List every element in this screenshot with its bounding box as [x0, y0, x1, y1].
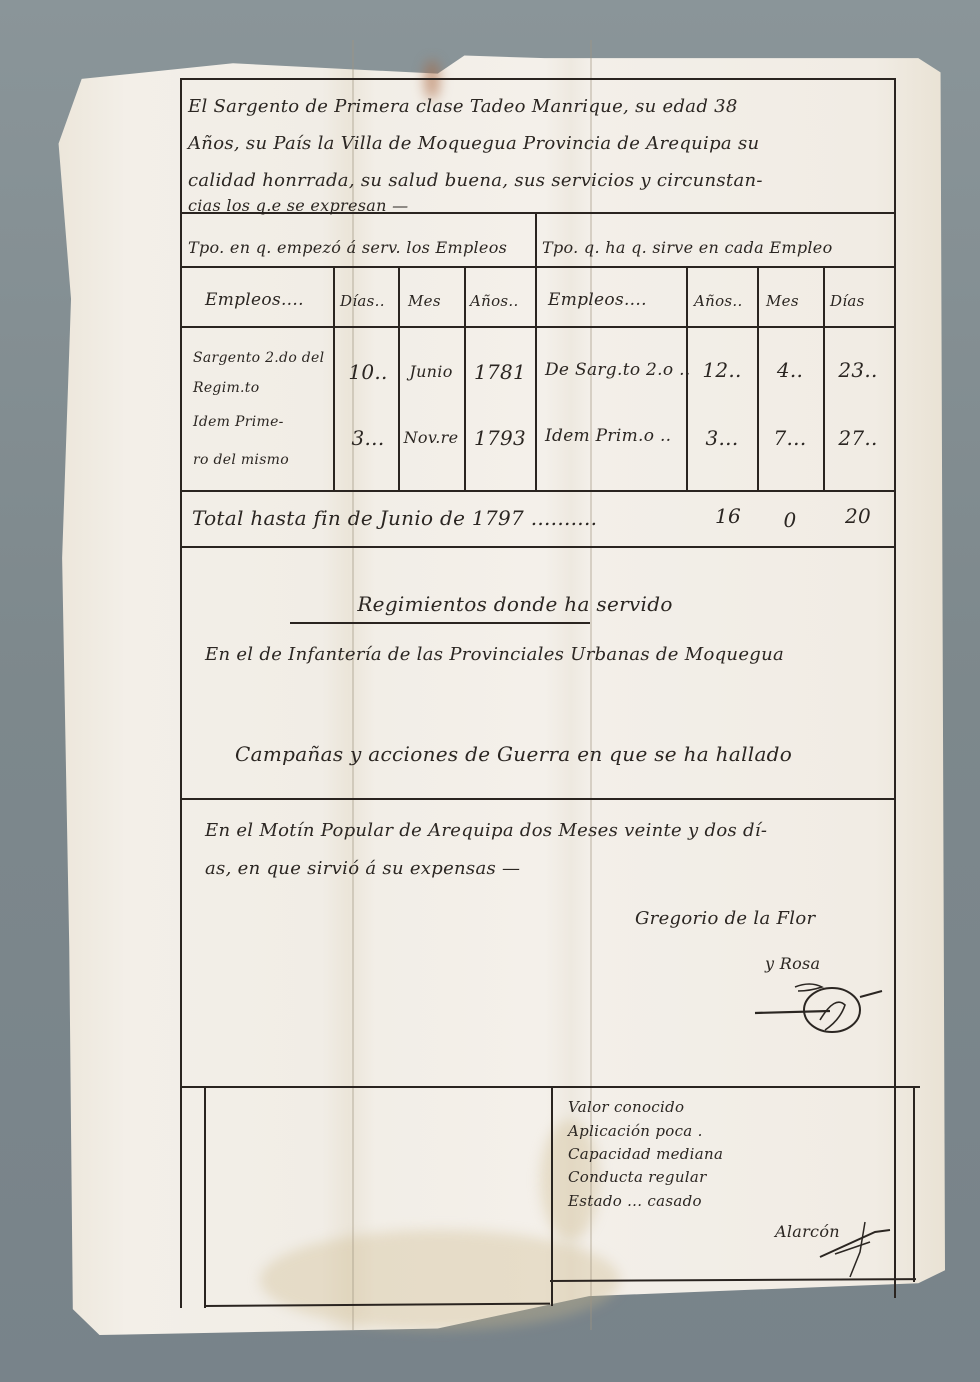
signature-gregorio-line2: y Rosa: [765, 954, 820, 973]
cell-mes: Junio: [409, 362, 452, 381]
cell-dias-right: 23..: [838, 358, 877, 382]
col-header-anios-left: Años..: [470, 292, 519, 310]
campanas-line-1: En el Motín Popular de Arequipa dos Mese…: [205, 820, 767, 841]
rubric-flourish-icon: [750, 975, 885, 1040]
note-capacidad: Capacidad mediana: [568, 1145, 723, 1163]
col-divider: [757, 266, 759, 490]
campanas-line-2: as, en que sirvió á su expensas —: [205, 858, 520, 879]
intro-line-1: El Sargento de Primera clase Tadeo Manri…: [188, 96, 738, 117]
col-divider: [464, 266, 466, 490]
cell-empleo-right: De Sarg.to 2.o ..: [545, 360, 691, 380]
rubric-flourish-icon: [815, 1212, 895, 1282]
cell-empleo-right: Idem Prim.o ..: [545, 426, 671, 446]
cell-empleo-line: Regim.to: [193, 380, 259, 396]
note-estado: Estado ... casado: [568, 1192, 702, 1210]
cell-anos: 12..: [702, 358, 741, 382]
cell-mes: Nov.re: [404, 428, 459, 447]
cell-anio: 1781: [474, 360, 526, 384]
col-header-empleos-right: Empleos....: [548, 290, 647, 310]
note-valor: Valor conocido: [568, 1098, 684, 1116]
half-divider: [535, 212, 537, 490]
paper-fold: [352, 40, 354, 1330]
intro-line-3: calidad honrrada, su salud buena, sus se…: [188, 170, 763, 191]
intro-line-2: Años, su País la Villa de Moquegua Provi…: [188, 133, 759, 154]
table-left-border: [180, 78, 182, 1308]
row-divider: [180, 266, 896, 268]
cell-dias: 10..: [348, 360, 387, 384]
time-header-right: Tpo. q. ha q. sirve en cada Empleo: [542, 238, 833, 257]
cell-dias: 3...: [352, 426, 385, 450]
cell-meses: 7...: [774, 426, 807, 450]
col-header-anos-right: Años..: [694, 292, 743, 310]
col-header-empleos-left: Empleos....: [205, 290, 304, 310]
cell-meses: 4..: [777, 358, 803, 382]
note-aplicacion: Aplicación poca .: [568, 1122, 703, 1140]
cell-anio: 1793: [474, 426, 526, 450]
rust-stain: [424, 60, 440, 100]
total-meses: 0: [783, 508, 796, 532]
row-divider: [180, 798, 896, 800]
row-divider: [180, 326, 896, 328]
cell-anos: 3...: [706, 426, 739, 450]
signature-gregorio: Gregorio de la Flor: [635, 908, 815, 929]
row-divider: [180, 212, 896, 214]
row-divider: [180, 1086, 920, 1088]
row-divider: [180, 490, 896, 492]
note-conducta: Conducta regular: [568, 1168, 707, 1186]
table-right-border: [894, 78, 896, 1298]
cell-dias-right: 27..: [838, 426, 877, 450]
col-divider: [398, 266, 400, 490]
campanas-heading: Campañas y acciones de Guerra en que se …: [235, 742, 792, 766]
col-header-mes-left: Mes: [408, 292, 441, 310]
col-divider: [333, 266, 335, 490]
total-dias: 20: [845, 504, 871, 528]
table-top-border: [180, 78, 896, 80]
paper-sheet: [55, 40, 945, 1335]
row-divider: [180, 546, 896, 548]
cell-empleo-line: Idem Prime-: [193, 414, 284, 430]
total-label: Total hasta fin de Junio de 1797 .......…: [192, 506, 597, 530]
notes-divider: [551, 1086, 553, 1306]
cell-empleo-line: ro del mismo: [193, 452, 289, 468]
cell-empleo-line: Sargento 2.do del: [193, 350, 324, 366]
time-header-left: Tpo. en q. empezó á serv. los Empleos: [188, 238, 507, 257]
heading-underline: [290, 622, 590, 624]
col-header-dias-right: Días: [830, 292, 865, 310]
regimientos-heading: Regimientos donde ha servido: [357, 592, 672, 616]
col-header-dias-left: Días..: [340, 292, 385, 310]
notes-right-border: [913, 1086, 915, 1282]
col-header-mes-right: Mes: [766, 292, 799, 310]
regimientos-text: En el de Infantería de las Provinciales …: [205, 644, 784, 665]
total-anos: 16: [715, 504, 741, 528]
col-divider: [823, 266, 825, 490]
lower-left-border: [204, 1086, 206, 1308]
